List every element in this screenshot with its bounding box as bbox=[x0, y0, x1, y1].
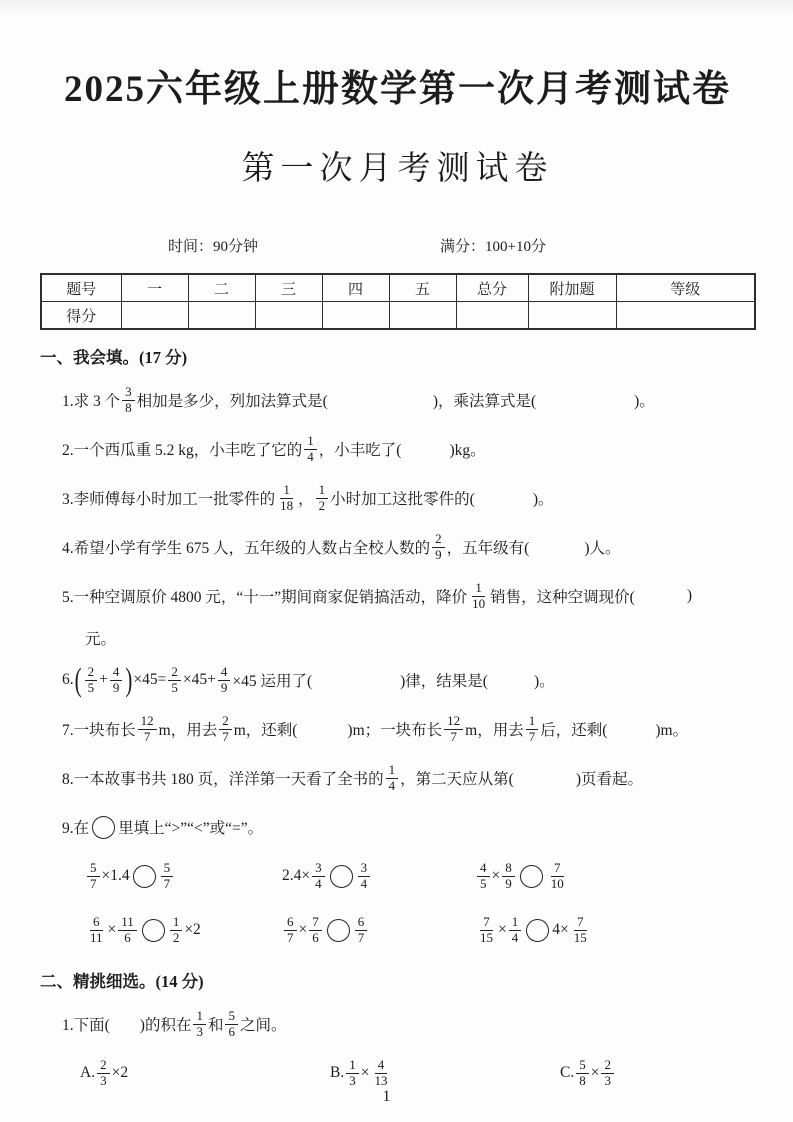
score-table-header-cell: 一 bbox=[121, 274, 188, 302]
question-5: 5.一种空调原价 4800 元，“十一”期间商家促销搞活动，降价110销售，这种… bbox=[62, 576, 755, 616]
question-text: 小时加工这批零件的( bbox=[330, 487, 475, 509]
question-text: ×2 bbox=[112, 1064, 129, 1082]
question-text: 销售，这种空调现价( bbox=[490, 585, 635, 607]
fraction: 127 bbox=[444, 714, 463, 745]
option-b: B.13×413 bbox=[330, 1053, 560, 1093]
score-table-header-cell: 二 bbox=[188, 274, 255, 302]
question-text: 9.在 bbox=[62, 816, 89, 838]
question-text: 之间。 bbox=[240, 1013, 287, 1035]
comparison-item-4: 611×11612×2 bbox=[85, 910, 282, 950]
question-text: 1.求 3 个 bbox=[62, 389, 120, 411]
question-7: 7.一块布长127 m，用去27 m，还剩()m；一块布长127 m，用去17后… bbox=[62, 709, 755, 749]
fraction: 49 bbox=[110, 665, 123, 696]
question-text: × bbox=[498, 921, 507, 939]
fraction: 110 bbox=[469, 581, 488, 612]
question-text: )m。 bbox=[655, 718, 688, 740]
fraction: 67 bbox=[355, 915, 368, 946]
question-text: 和 bbox=[208, 1013, 224, 1035]
fraction: 14 bbox=[509, 915, 522, 946]
option-c: C.58×23 bbox=[560, 1053, 755, 1093]
answer-blank bbox=[297, 729, 347, 730]
fraction: 67 bbox=[284, 915, 297, 946]
question-text: 1.下面( bbox=[62, 1013, 110, 1035]
fraction: 14 bbox=[386, 763, 399, 794]
question-text: × bbox=[361, 1064, 370, 1082]
exam-info-row: 时间：90分钟 满分：100+10分 bbox=[40, 235, 755, 256]
question-text: ×1.4 bbox=[102, 867, 130, 885]
fraction: 13 bbox=[346, 1058, 359, 1089]
score-table-header-cell: 四 bbox=[322, 274, 389, 302]
score-cell bbox=[456, 302, 528, 330]
fraction: 23 bbox=[97, 1058, 110, 1089]
comparison-item-6: 715×144×715 bbox=[475, 910, 755, 950]
score-cell bbox=[389, 302, 456, 330]
question-text: ×2 bbox=[184, 921, 201, 939]
fraction: 34 bbox=[312, 861, 325, 892]
question-text: )kg。 bbox=[449, 438, 485, 460]
question-text: )，乘法算式是( bbox=[433, 389, 536, 411]
question-text: 里填上“>”“<”或“=”。 bbox=[118, 816, 263, 838]
fraction: 12 bbox=[170, 915, 183, 946]
comparison-circle bbox=[526, 919, 549, 942]
fraction: 116 bbox=[118, 915, 137, 946]
score-table-header-cell: 五 bbox=[389, 274, 456, 302]
question-text: ，第二天应从第( bbox=[400, 767, 514, 789]
question-text: 4.希望小学有学生 675 人，五年级的人数占全校人数的 bbox=[62, 536, 430, 558]
question-text: m，还剩( bbox=[234, 718, 298, 740]
answer-blank bbox=[536, 400, 634, 401]
fraction: 76 bbox=[309, 915, 322, 946]
answer-blank bbox=[328, 400, 433, 401]
question-text: )。 bbox=[533, 487, 554, 509]
question-text: )律，结果是( bbox=[400, 669, 488, 691]
question-text: 3.李师傅每小时加工一批零件的 bbox=[62, 487, 275, 509]
question-text: C. bbox=[560, 1064, 574, 1082]
question-text: ，小丰吃了( bbox=[319, 438, 402, 460]
fraction: 710 bbox=[548, 861, 567, 892]
comparison-circle bbox=[133, 865, 156, 888]
fraction: 23 bbox=[601, 1058, 614, 1089]
options-row: A.23×2 B.13×413 C.58×23 bbox=[80, 1053, 755, 1093]
question-text: × bbox=[108, 921, 117, 939]
fraction: 611 bbox=[87, 915, 106, 946]
comparison-item-1: 57×1.457 bbox=[85, 856, 282, 896]
score-cell bbox=[322, 302, 389, 330]
question-text: × bbox=[591, 1064, 600, 1082]
question-text: × bbox=[299, 921, 308, 939]
option-a: A.23×2 bbox=[80, 1053, 330, 1093]
score-cell bbox=[616, 302, 755, 330]
answer-blank bbox=[312, 680, 400, 681]
comparison-circle bbox=[142, 919, 165, 942]
section1-heading: 一、我会填。(17 分) bbox=[40, 344, 755, 368]
fraction: 715 bbox=[571, 915, 590, 946]
test-paper-page: 2025六年级上册数学第一次月考测试卷 第一次月考测试卷 时间：90分钟 满分：… bbox=[0, 0, 793, 1093]
question-text: )。 bbox=[534, 669, 555, 691]
question-8: 8.一本故事书共 180 页，洋洋第一天看了全书的14，第二天应从第()页看起。 bbox=[62, 758, 755, 798]
fraction: 29 bbox=[432, 532, 445, 563]
fraction: 118 bbox=[277, 483, 296, 514]
fraction: 13 bbox=[193, 1009, 206, 1040]
section2-heading: 二、精挑细选。(14 分) bbox=[40, 968, 755, 992]
score-table-header-row: 题号 一 二 三 四 五 总分 附加题 等级 bbox=[41, 274, 755, 302]
question-text: )m；一块布长 bbox=[347, 718, 442, 740]
score-table: 题号 一 二 三 四 五 总分 附加题 等级 得分 bbox=[40, 273, 756, 330]
answer-blank bbox=[401, 449, 449, 450]
fraction: 45 bbox=[477, 861, 490, 892]
comparison-circle bbox=[520, 865, 543, 888]
question-text: × bbox=[492, 867, 501, 885]
question-text: 后，还剩( bbox=[540, 718, 607, 740]
full-score-label: 满分：100+10分 bbox=[440, 235, 546, 256]
score-table-header-cell: 三 bbox=[255, 274, 322, 302]
question-3: 3.李师傅每小时加工一批零件的118，12小时加工这批零件的()。 bbox=[62, 478, 755, 518]
paper-subtitle: 第一次月考测试卷 bbox=[40, 142, 755, 189]
score-table-header-cell: 题号 bbox=[41, 274, 121, 302]
fraction: 25 bbox=[168, 665, 181, 696]
time-limit-label: 时间：90分钟 bbox=[168, 235, 258, 256]
question-text: ×45+ bbox=[183, 671, 216, 689]
question-text: m，用去 bbox=[465, 718, 524, 740]
fraction: 14 bbox=[304, 434, 317, 465]
fraction: 413 bbox=[371, 1058, 390, 1089]
score-cell bbox=[255, 302, 322, 330]
big-paren: ( bbox=[75, 661, 82, 700]
answer-blank bbox=[607, 729, 655, 730]
question-text: A. bbox=[80, 1064, 95, 1082]
score-cell bbox=[528, 302, 616, 330]
fraction: 25 bbox=[85, 665, 98, 696]
score-table-header-cell: 总分 bbox=[456, 274, 528, 302]
comparison-circle bbox=[327, 919, 350, 942]
question-text: m，用去 bbox=[159, 718, 218, 740]
question-6: 6.(25+49)×45=25×45+49×45 运用了()律，结果是()。 bbox=[62, 660, 755, 700]
fraction: 57 bbox=[161, 861, 174, 892]
question-text: 6. bbox=[62, 671, 74, 689]
answer-blank bbox=[514, 778, 576, 779]
fraction: 38 bbox=[122, 385, 135, 416]
score-cell bbox=[121, 302, 188, 330]
question-text: ×45 运用了( bbox=[232, 669, 312, 691]
question-text: 2.4× bbox=[282, 867, 310, 885]
big-paren: ) bbox=[125, 661, 132, 700]
fraction: 57 bbox=[87, 861, 100, 892]
question-text: + bbox=[99, 671, 108, 689]
question-text: 7.一块布长 bbox=[62, 718, 136, 740]
paper-title: 2025六年级上册数学第一次月考测试卷 bbox=[40, 58, 755, 112]
question-4: 4.希望小学有学生 675 人，五年级的人数占全校人数的29，五年级有()人。 bbox=[62, 527, 755, 567]
question-text: 4× bbox=[552, 921, 569, 939]
question-text: 2.一个西瓜重 5.2 kg，小丰吃了它的 bbox=[62, 438, 302, 460]
comparison-grid: 57×1.457 2.4×3434 45×89710 611×11612×2 6… bbox=[85, 856, 755, 950]
score-table-header-cell: 等级 bbox=[616, 274, 755, 302]
score-table-header-cell: 附加题 bbox=[528, 274, 616, 302]
question-text: ，五年级有( bbox=[447, 536, 530, 558]
question-5-continuation: 元。 bbox=[85, 625, 755, 651]
question-text: ， bbox=[298, 487, 314, 509]
answer-blank bbox=[635, 596, 687, 597]
score-cell bbox=[188, 302, 255, 330]
question-2: 2.一个西瓜重 5.2 kg，小丰吃了它的14，小丰吃了()kg。 bbox=[62, 429, 755, 469]
section2-question-1: 1.下面()的积在13和56之间。 bbox=[62, 1004, 755, 1044]
question-text: )页看起。 bbox=[576, 767, 643, 789]
answer-blank bbox=[529, 547, 584, 548]
question-text: ×45= bbox=[133, 671, 166, 689]
score-row-label: 得分 bbox=[41, 302, 121, 330]
question-text: B. bbox=[330, 1064, 344, 1082]
comparison-item-3: 45×89710 bbox=[475, 856, 755, 896]
fraction: 12 bbox=[316, 483, 329, 514]
question-text: 相加是多少，列加法算式是( bbox=[137, 389, 328, 411]
fraction: 17 bbox=[526, 714, 539, 745]
comparison-item-5: 67×7667 bbox=[282, 910, 475, 950]
comparison-circle bbox=[330, 865, 353, 888]
answer-blank bbox=[488, 680, 534, 681]
fraction: 89 bbox=[502, 861, 515, 892]
question-text: 元。 bbox=[85, 627, 116, 649]
question-text: ) bbox=[687, 587, 692, 605]
question-text: )的积在 bbox=[140, 1013, 192, 1035]
comparison-circle bbox=[92, 816, 115, 839]
fraction: 715 bbox=[477, 915, 496, 946]
fraction: 27 bbox=[219, 714, 232, 745]
fraction: 127 bbox=[138, 714, 157, 745]
answer-blank bbox=[475, 498, 533, 499]
fraction: 56 bbox=[225, 1009, 238, 1040]
answer-blank bbox=[110, 1024, 140, 1025]
question-9: 9.在里填上“>”“<”或“=”。 bbox=[62, 807, 755, 847]
question-1: 1.求 3 个38相加是多少，列加法算式是()，乘法算式是()。 bbox=[62, 380, 755, 420]
comparison-item-2: 2.4×3434 bbox=[282, 856, 475, 896]
question-text: 8.一本故事书共 180 页，洋洋第一天看了全书的 bbox=[62, 767, 384, 789]
question-text: )人。 bbox=[584, 536, 620, 558]
score-table-score-row: 得分 bbox=[41, 302, 755, 330]
question-text: 5.一种空调原价 4800 元，“十一”期间商家促销搞活动，降价 bbox=[62, 585, 467, 607]
fraction: 58 bbox=[576, 1058, 589, 1089]
question-text: )。 bbox=[634, 389, 655, 411]
fraction: 34 bbox=[358, 861, 371, 892]
fraction: 49 bbox=[218, 665, 231, 696]
page-number: 1 bbox=[0, 1088, 773, 1106]
